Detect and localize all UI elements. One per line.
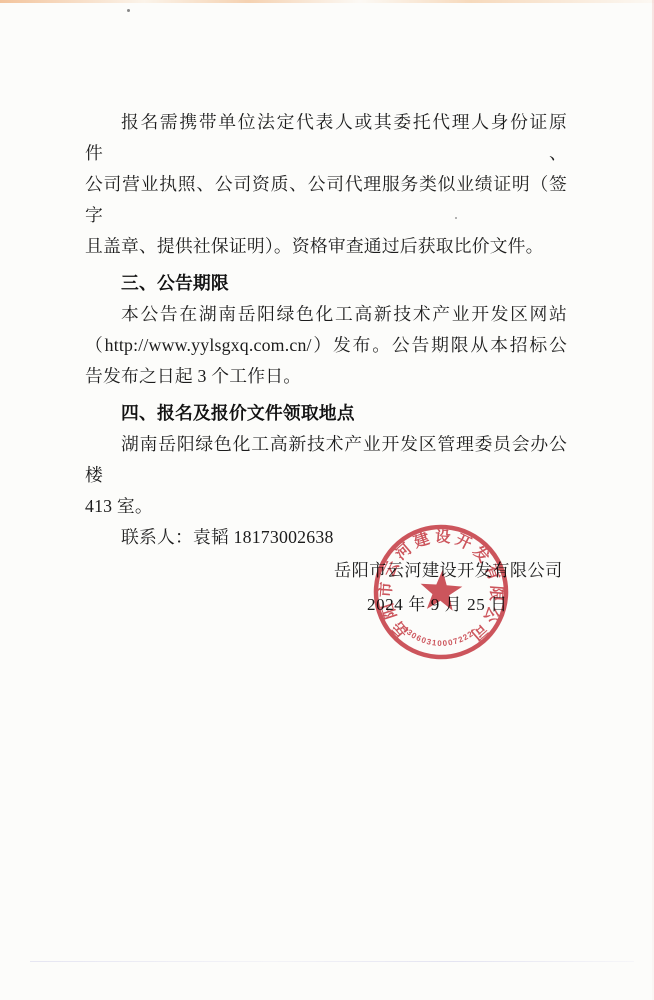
- section-3-line-2: （http://www.yylsgxq.com.cn/）发布。公告期限从本招标公: [85, 330, 567, 361]
- seal-code-text-path: 43060310007222: [400, 624, 476, 651]
- signature-company-name: 岳阳市云河建设开发有限公司: [334, 556, 563, 581]
- section-4-line-1: 湖南岳阳绿色化工高新技术产业开发区管理委员会办公楼: [85, 429, 567, 491]
- paragraph-requirements-line-3: 且盖章、提供社保证明）。资格审查通过后获取比价文件。: [85, 231, 567, 262]
- contact-line: 联系人：袁韬 18173002638: [85, 522, 567, 553]
- section-4-line-2: 413 室。: [85, 491, 567, 522]
- section-4-heading: 四、报名及报价文件领取地点: [85, 398, 567, 429]
- document-body: 报名需携带单位法定代表人或其委托代理人身份证原件、 公司营业执照、公司资质、公司…: [85, 107, 567, 553]
- section-3-heading: 三、公告期限: [85, 268, 567, 299]
- paragraph-requirements-line-2: 公司营业执照、公司资质、公司代理服务类似业绩证明（签字: [85, 169, 567, 231]
- scan-speck: [127, 9, 130, 12]
- paragraph-requirements-line-1: 报名需携带单位法定代表人或其委托代理人身份证原件、: [85, 107, 567, 169]
- scanned-announcement-page: 报名需携带单位法定代表人或其委托代理人身份证原件、 公司营业执照、公司资质、公司…: [0, 0, 654, 1000]
- scan-artifact-bottom-line: [30, 961, 634, 962]
- seal-code-text: 43060310007222: [400, 624, 476, 651]
- signature-date: 2024 年 9 月 25 日: [367, 590, 508, 615]
- scan-artifact-top-edge: [0, 0, 654, 3]
- section-3-line-3: 告发布之日起 3 个工作日。: [85, 361, 567, 392]
- section-3-line-1: 本公告在湖南岳阳绿色化工高新技术产业开发区网站: [85, 299, 567, 330]
